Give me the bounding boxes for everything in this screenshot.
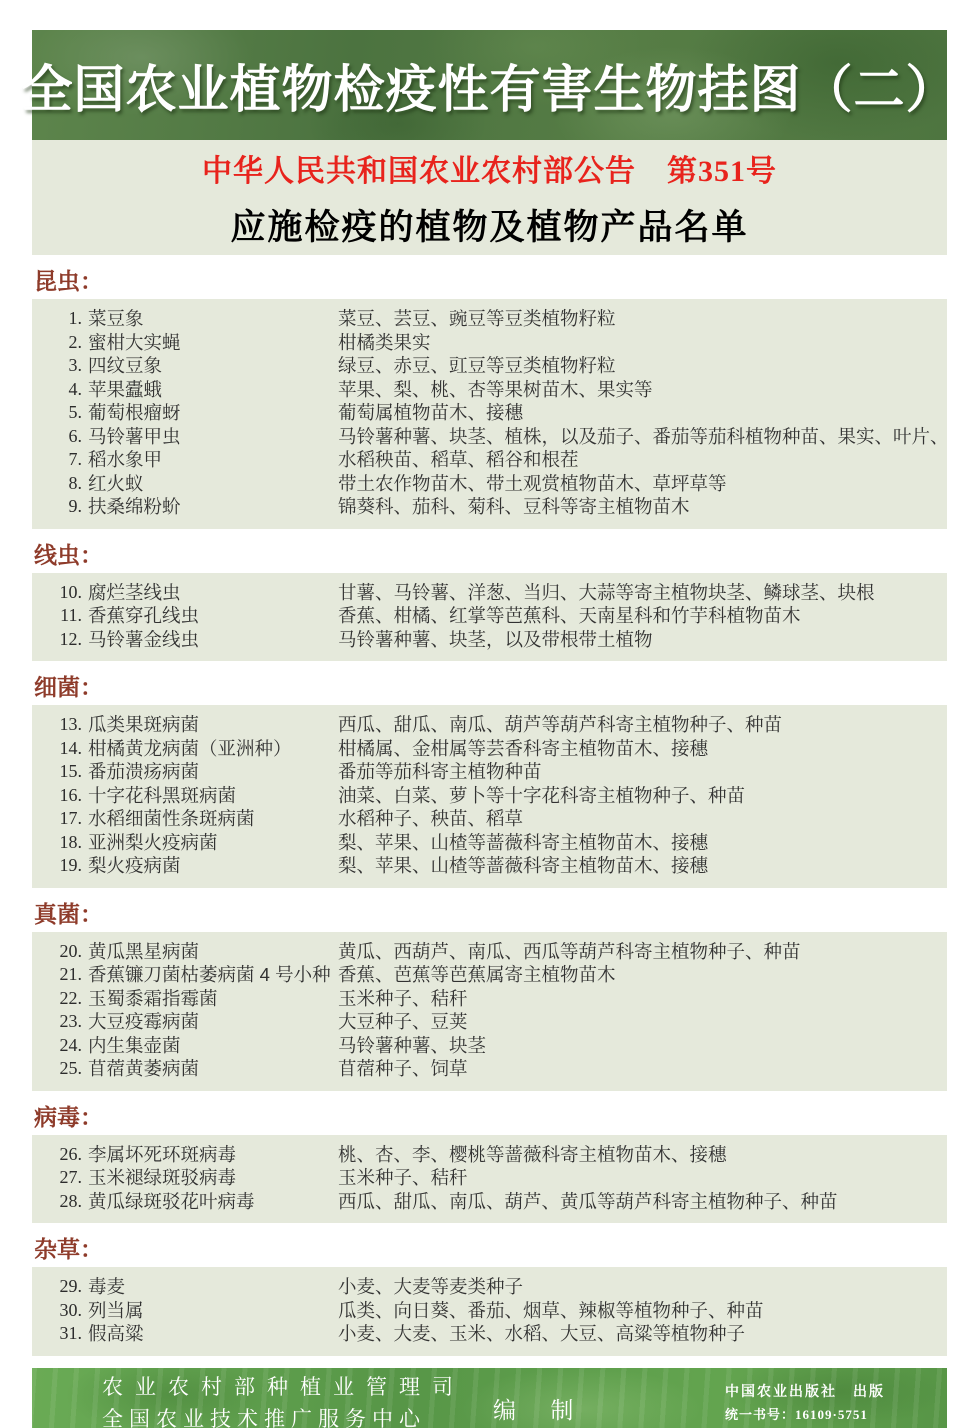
host-list: 瓜类、向日葵、番茄、烟草、辣椒等植物种子、种苗	[338, 1299, 937, 1323]
section-block: 1. 菜豆象 菜豆、芸豆、豌豆等豆类植物籽粒 2. 蜜柑大实蝇 柑橘类果实 3.…	[32, 299, 947, 529]
host-list: 黄瓜、西葫芦、南瓜、西瓜等葫芦科寄主植物种子、种苗	[338, 940, 937, 964]
pest-name: 苹果蠹蛾	[88, 378, 338, 402]
pest-row: 10. 腐烂茎线虫 甘薯、马铃薯、洋葱、当归、大蒜等寄主植物块茎、鳞球茎、块根	[50, 581, 937, 605]
pest-row: 15. 番茄溃疡病菌 番茄等茄科寄主植物种苗	[50, 760, 937, 784]
pest-name: 李属坏死环斑病毒	[88, 1143, 338, 1167]
pest-name: 瓜类果斑病菌	[88, 713, 338, 737]
pest-number: 17.	[50, 807, 82, 831]
pest-name: 葡萄根瘤蚜	[88, 401, 338, 425]
host-list: 桃、杏、李、樱桃等蔷薇科寄主植物苗木、接穗	[338, 1143, 937, 1167]
pest-section: 杂草： 29. 毒麦 小麦、大麦等麦类种子 30. 列当属 瓜类、向日葵、番茄、…	[32, 1223, 947, 1356]
pest-row: 1. 菜豆象 菜豆、芸豆、豌豆等豆类植物籽粒	[50, 307, 937, 331]
pest-name: 四纹豆象	[88, 354, 338, 378]
pest-number: 2.	[50, 331, 82, 355]
pest-name: 黄瓜绿斑驳花叶病毒	[88, 1190, 338, 1214]
host-list: 菜豆、芸豆、豌豆等豆类植物籽粒	[338, 307, 937, 331]
pest-name: 玉蜀黍霜指霉菌	[88, 987, 338, 1011]
pest-name: 红火蚁	[88, 472, 338, 496]
pest-number: 16.	[50, 784, 82, 808]
section-label: 昆虫：	[32, 255, 947, 299]
host-list: 马铃薯种薯、块茎	[338, 1034, 937, 1058]
section-block: 10. 腐烂茎线虫 甘薯、马铃薯、洋葱、当归、大蒜等寄主植物块茎、鳞球茎、块根 …	[32, 573, 947, 662]
pest-name: 玉米褪绿斑驳病毒	[88, 1166, 338, 1190]
host-list: 梨、苹果、山楂等蔷薇科寄主植物苗木、接穗	[338, 831, 937, 855]
pest-name: 柑橘黄龙病菌（亚洲种）	[88, 737, 338, 761]
page-title: 全国农业植物检疫性有害生物挂图（二）	[22, 48, 958, 122]
pest-number: 1.	[50, 307, 82, 331]
host-list: 香蕉、芭蕉等芭蕉属寄主植物苗木	[338, 963, 937, 987]
pest-name: 水稻细菌性条斑病菌	[88, 807, 338, 831]
pest-number: 13.	[50, 713, 82, 737]
pest-number: 29.	[50, 1275, 82, 1299]
pest-row: 24. 内生集壶菌 马铃薯种薯、块茎	[50, 1034, 937, 1058]
section-block: 26. 李属坏死环斑病毒 桃、杏、李、樱桃等蔷薇科寄主植物苗木、接穗 27. 玉…	[32, 1135, 947, 1224]
pest-name: 番茄溃疡病菌	[88, 760, 338, 784]
pest-name: 马铃薯甲虫	[88, 425, 338, 449]
pest-row: 25. 苜蓿黄萎病菌 苜蓿种子、饲草	[50, 1057, 937, 1081]
pest-number: 25.	[50, 1057, 82, 1081]
poster-header-band: 全国农业植物检疫性有害生物挂图（二）	[32, 30, 947, 140]
pest-row: 14. 柑橘黄龙病菌（亚洲种） 柑橘属、金柑属等芸香科寄主植物苗木、接穗	[50, 737, 937, 761]
host-list: 苜蓿种子、饲草	[338, 1057, 937, 1081]
sections-container: 昆虫： 1. 菜豆象 菜豆、芸豆、豌豆等豆类植物籽粒 2. 蜜柑大实蝇 柑橘类果…	[32, 255, 947, 1356]
pest-row: 22. 玉蜀黍霜指霉菌 玉米种子、秸秆	[50, 987, 937, 1011]
footer-press-info: 中国农业出版社 出版 统一书号：16109·5751	[725, 1381, 885, 1423]
host-list: 小麦、大麦、玉米、水稻、大豆、高粱等植物种子	[338, 1322, 937, 1346]
pest-number: 11.	[50, 604, 82, 628]
pest-number: 27.	[50, 1166, 82, 1190]
pest-name: 内生集壶菌	[88, 1034, 338, 1058]
section-label: 线虫：	[32, 529, 947, 573]
footer-publisher-line2: 全国农业技术推广服务中心	[102, 1403, 465, 1428]
pest-row: 21. 香蕉镰刀菌枯萎病菌 4 号小种 香蕉、芭蕉等芭蕉属寄主植物苗木	[50, 963, 937, 987]
announcement-line: 中华人民共和国农业农村部公告 第351号	[202, 146, 777, 190]
host-list: 油菜、白菜、萝卜等十字花科寄主植物种子、种苗	[338, 784, 937, 808]
pest-number: 15.	[50, 760, 82, 784]
pest-name: 香蕉穿孔线虫	[88, 604, 338, 628]
pest-section: 病毒： 26. 李属坏死环斑病毒 桃、杏、李、樱桃等蔷薇科寄主植物苗木、接穗 2…	[32, 1091, 947, 1224]
host-list: 番茄等茄科寄主植物种苗	[338, 760, 937, 784]
host-list: 水稻秧苗、稻草、稻谷和根茬	[338, 448, 937, 472]
host-list: 绿豆、赤豆、豇豆等豆类植物籽粒	[338, 354, 937, 378]
section-label: 杂草：	[32, 1223, 947, 1267]
host-list: 梨、苹果、山楂等蔷薇科寄主植物苗木、接穗	[338, 854, 937, 878]
section-block: 29. 毒麦 小麦、大麦等麦类种子 30. 列当属 瓜类、向日葵、番茄、烟草、辣…	[32, 1267, 947, 1356]
pest-number: 28.	[50, 1190, 82, 1214]
pest-number: 30.	[50, 1299, 82, 1323]
pest-row: 11. 香蕉穿孔线虫 香蕉、柑橘、红掌等芭蕉科、天南星科和竹芋科植物苗木	[50, 604, 937, 628]
poster-page: 全国农业植物检疫性有害生物挂图（二） 中华人民共和国农业农村部公告 第351号 …	[0, 0, 979, 1428]
pest-name: 亚洲梨火疫病菌	[88, 831, 338, 855]
pest-section: 线虫： 10. 腐烂茎线虫 甘薯、马铃薯、洋葱、当归、大蒜等寄主植物块茎、鳞球茎…	[32, 529, 947, 662]
pest-number: 31.	[50, 1322, 82, 1346]
pest-row: 28. 黄瓜绿斑驳花叶病毒 西瓜、甜瓜、南瓜、葫芦、黄瓜等葫芦科寄主植物种子、种…	[50, 1190, 937, 1214]
pest-number: 8.	[50, 472, 82, 496]
pest-number: 12.	[50, 628, 82, 652]
pest-name: 菜豆象	[88, 307, 338, 331]
list-title: 应施检疫的植物及植物产品名单	[230, 200, 748, 250]
pest-number: 26.	[50, 1143, 82, 1167]
pest-number: 3.	[50, 354, 82, 378]
pest-name: 蜜柑大实蝇	[88, 331, 338, 355]
host-list: 锦葵科、茄科、菊科、豆科等寄主植物苗木	[338, 495, 937, 519]
pest-row: 6. 马铃薯甲虫 马铃薯种薯、块茎、植株，以及茄子、番茄等茄科植物种苗、果实、叶…	[50, 425, 937, 449]
pest-number: 7.	[50, 448, 82, 472]
pest-name: 假高粱	[88, 1322, 338, 1346]
pest-row: 3. 四纹豆象 绿豆、赤豆、豇豆等豆类植物籽粒	[50, 354, 937, 378]
pest-name: 黄瓜黑星病菌	[88, 940, 338, 964]
poster-footer-band: 农业农村部种植业管理司 全国农业技术推广服务中心 编 制 中国农业出版社 出版 …	[32, 1368, 947, 1428]
pest-number: 22.	[50, 987, 82, 1011]
pest-number: 24.	[50, 1034, 82, 1058]
pest-row: 13. 瓜类果斑病菌 西瓜、甜瓜、南瓜、葫芦等葫芦科寄主植物种子、种苗	[50, 713, 937, 737]
section-label: 细菌：	[32, 661, 947, 705]
announcement-block: 中华人民共和国农业农村部公告 第351号 应施检疫的植物及植物产品名单	[32, 140, 947, 255]
host-list: 马铃薯种薯、块茎，以及带根带土植物	[338, 628, 937, 652]
pest-name: 毒麦	[88, 1275, 338, 1299]
host-list: 水稻种子、秧苗、稻草	[338, 807, 937, 831]
host-list: 香蕉、柑橘、红掌等芭蕉科、天南星科和竹芋科植物苗木	[338, 604, 937, 628]
pest-row: 9. 扶桑绵粉蚧 锦葵科、茄科、菊科、豆科等寄主植物苗木	[50, 495, 937, 519]
host-list: 带土农作物苗木、带土观赏植物苗木、草坪草等	[338, 472, 937, 496]
pest-row: 20. 黄瓜黑星病菌 黄瓜、西葫芦、南瓜、西瓜等葫芦科寄主植物种子、种苗	[50, 940, 937, 964]
pest-name: 扶桑绵粉蚧	[88, 495, 338, 519]
pest-section: 真菌： 20. 黄瓜黑星病菌 黄瓜、西葫芦、南瓜、西瓜等葫芦科寄主植物种子、种苗…	[32, 888, 947, 1091]
host-list: 马铃薯种薯、块茎、植株，以及茄子、番茄等茄科植物种苗、果实、叶片、植株	[338, 425, 937, 449]
host-list: 苹果、梨、桃、杏等果树苗木、果实等	[338, 378, 937, 402]
pest-row: 16. 十字花科黑斑病菌 油菜、白菜、萝卜等十字花科寄主植物种子、种苗	[50, 784, 937, 808]
host-list: 甘薯、马铃薯、洋葱、当归、大蒜等寄主植物块茎、鳞球茎、块根	[338, 581, 937, 605]
host-list: 柑橘类果实	[338, 331, 937, 355]
pest-number: 4.	[50, 378, 82, 402]
pest-row: 12. 马铃薯金线虫 马铃薯种薯、块茎，以及带根带土植物	[50, 628, 937, 652]
host-list: 西瓜、甜瓜、南瓜、葫芦等葫芦科寄主植物种子、种苗	[338, 713, 937, 737]
pest-name: 腐烂茎线虫	[88, 581, 338, 605]
pest-row: 17. 水稻细菌性条斑病菌 水稻种子、秧苗、稻草	[50, 807, 937, 831]
pest-name: 稻水象甲	[88, 448, 338, 472]
pest-row: 18. 亚洲梨火疫病菌 梨、苹果、山楂等蔷薇科寄主植物苗木、接穗	[50, 831, 937, 855]
pest-name: 香蕉镰刀菌枯萎病菌 4 号小种	[88, 963, 338, 987]
pest-row: 19. 梨火疫病菌 梨、苹果、山楂等蔷薇科寄主植物苗木、接穗	[50, 854, 937, 878]
pest-row: 26. 李属坏死环斑病毒 桃、杏、李、樱桃等蔷薇科寄主植物苗木、接穗	[50, 1143, 937, 1167]
pest-row: 29. 毒麦 小麦、大麦等麦类种子	[50, 1275, 937, 1299]
section-label: 真菌：	[32, 888, 947, 932]
pest-section: 昆虫： 1. 菜豆象 菜豆、芸豆、豌豆等豆类植物籽粒 2. 蜜柑大实蝇 柑橘类果…	[32, 255, 947, 529]
pest-row: 5. 葡萄根瘤蚜 葡萄属植物苗木、接穗	[50, 401, 937, 425]
host-list: 葡萄属植物苗木、接穗	[338, 401, 937, 425]
pest-row: 8. 红火蚁 带土农作物苗木、带土观赏植物苗木、草坪草等	[50, 472, 937, 496]
pest-number: 20.	[50, 940, 82, 964]
host-list: 玉米种子、秸秆	[338, 1166, 937, 1190]
pest-name: 梨火疫病菌	[88, 854, 338, 878]
section-block: 20. 黄瓜黑星病菌 黄瓜、西葫芦、南瓜、西瓜等葫芦科寄主植物种子、种苗 21.…	[32, 932, 947, 1091]
host-list: 柑橘属、金柑属等芸香科寄主植物苗木、接穗	[338, 737, 937, 761]
pest-name: 大豆疫霉病菌	[88, 1010, 338, 1034]
pest-number: 10.	[50, 581, 82, 605]
pest-row: 2. 蜜柑大实蝇 柑橘类果实	[50, 331, 937, 355]
host-list: 小麦、大麦等麦类种子	[338, 1275, 937, 1299]
section-block: 13. 瓜类果斑病菌 西瓜、甜瓜、南瓜、葫芦等葫芦科寄主植物种子、种苗 14. …	[32, 705, 947, 888]
pest-number: 6.	[50, 425, 82, 449]
pest-name: 十字花科黑斑病菌	[88, 784, 338, 808]
pest-row: 30. 列当属 瓜类、向日葵、番茄、烟草、辣椒等植物种子、种苗	[50, 1299, 937, 1323]
footer-compiled-label: 编 制	[493, 1392, 587, 1425]
pest-name: 列当属	[88, 1299, 338, 1323]
host-list: 玉米种子、秸秆	[338, 987, 937, 1011]
pest-row: 7. 稻水象甲 水稻秧苗、稻草、稻谷和根茬	[50, 448, 937, 472]
footer-book-number: 统一书号：16109·5751	[725, 1404, 885, 1423]
footer-publishers: 农业农村部种植业管理司 全国农业技术推广服务中心	[102, 1371, 465, 1428]
host-list: 大豆种子、豆荚	[338, 1010, 937, 1034]
pest-section: 细菌： 13. 瓜类果斑病菌 西瓜、甜瓜、南瓜、葫芦等葫芦科寄主植物种子、种苗 …	[32, 661, 947, 888]
pest-name: 马铃薯金线虫	[88, 628, 338, 652]
pest-name: 苜蓿黄萎病菌	[88, 1057, 338, 1081]
pest-row: 4. 苹果蠹蛾 苹果、梨、桃、杏等果树苗木、果实等	[50, 378, 937, 402]
pest-number: 5.	[50, 401, 82, 425]
pest-row: 23. 大豆疫霉病菌 大豆种子、豆荚	[50, 1010, 937, 1034]
footer-press-line1: 中国农业出版社 出版	[725, 1381, 885, 1401]
pest-number: 9.	[50, 495, 82, 519]
pest-row: 27. 玉米褪绿斑驳病毒 玉米种子、秸秆	[50, 1166, 937, 1190]
footer-publisher-line1: 农业农村部种植业管理司	[102, 1371, 465, 1401]
pest-number: 21.	[50, 963, 82, 987]
pest-number: 23.	[50, 1010, 82, 1034]
section-label: 病毒：	[32, 1091, 947, 1135]
pest-number: 18.	[50, 831, 82, 855]
pest-number: 14.	[50, 737, 82, 761]
host-list: 西瓜、甜瓜、南瓜、葫芦、黄瓜等葫芦科寄主植物种子、种苗	[338, 1190, 937, 1214]
pest-row: 31. 假高粱 小麦、大麦、玉米、水稻、大豆、高粱等植物种子	[50, 1322, 937, 1346]
pest-number: 19.	[50, 854, 82, 878]
